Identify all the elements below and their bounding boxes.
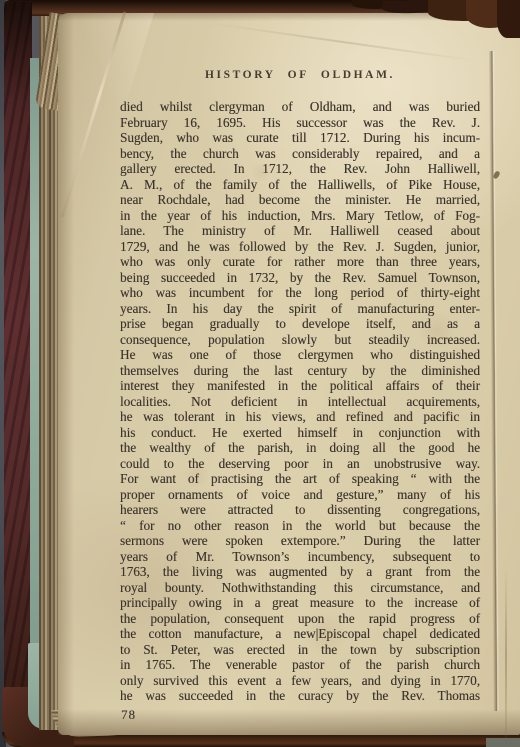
text-line: could to the deserving poor in an unobst… [120, 456, 480, 472]
text-line: consequence, population slowly but stead… [120, 332, 480, 348]
page-number: 78 [121, 707, 136, 723]
text-line: the cotton manufacture, a new|Episcopal … [120, 626, 480, 642]
book-page: HISTORY OF OLDHAM. died whilst clergyman… [58, 13, 520, 735]
page-fold-line-lower [505, 568, 507, 743]
text-line: principally owing in a great measure to … [120, 595, 480, 611]
text-line: died whilst clergyman of Oldham, and was… [120, 99, 480, 115]
text-line: themselves during the last century by th… [120, 363, 480, 379]
text-line: he was succeeded in the curacy by the Re… [120, 688, 480, 704]
text-line: lane. The ministry of Mr. Halliwell ceas… [120, 223, 480, 239]
text-line: near Rochdale, had become the minister. … [120, 192, 480, 208]
text-line: who was incumbent for the long period of… [120, 285, 480, 301]
scanned-book-photo: HISTORY OF OLDHAM. died whilst clergyman… [0, 0, 520, 747]
text-line: sermons were spoken extempore.” During t… [120, 533, 480, 549]
text-line: Sugden, who was curate till 1712. During… [120, 130, 480, 146]
text-line: royal bounty. Nothwithstanding this circ… [120, 580, 480, 596]
text-line: hearers were attracted to dissenting con… [120, 502, 480, 518]
background-bottom-right [486, 738, 520, 747]
text-line: to St. Peter, was erected in the town by… [120, 642, 480, 658]
body-text: died whilst clergyman of Oldham, and was… [120, 99, 480, 704]
leather-wear-blob [497, 0, 520, 38]
text-line: proper ornaments of voice and gesture,” … [120, 487, 480, 503]
text-line: A. M., of the family of the Halliwells, … [120, 177, 480, 193]
text-line: localities. Not deficient in intellectua… [120, 394, 480, 410]
text-line: only survived this event a few years, an… [120, 673, 480, 689]
text-line: his conduct. He exerted himself in conju… [120, 425, 480, 441]
text-line: 1729, and he was followed by the Rev. J.… [120, 239, 480, 255]
text-line: the wealthy of the parish, in doing all … [120, 440, 480, 456]
text-line: bency, the church was considerably repai… [120, 146, 480, 162]
text-line: years of Mr. Townson’s incumbency, subse… [120, 549, 480, 565]
text-line: February 16, 1695. His successor was the… [120, 115, 480, 131]
text-line: years. In his day the spirit of manufact… [120, 301, 480, 317]
text-line: 1763, the living was augmented by a gran… [120, 564, 480, 580]
text-line: being succeeded in 1732, by the Rev. Sam… [120, 270, 480, 286]
running-header: HISTORY OF OLDHAM. [120, 69, 480, 81]
text-line: he was tolerant in his views, and refine… [120, 409, 480, 425]
page-edge-stack [39, 16, 60, 730]
text-line: prise began gradually to develope itself… [120, 316, 480, 332]
text-line: He was one of those clergymen who distin… [120, 347, 480, 363]
text-line: interest they manifested in the politica… [120, 378, 480, 394]
text-line: who was only curate for rather more than… [120, 254, 480, 270]
text-line: the population, consequent upon the rapi… [120, 611, 480, 627]
book-cover-spine [4, 2, 32, 745]
text-line: in the year of his induction, Mrs. Mary … [120, 208, 480, 224]
text-line: in 1765. The venerable pastor of the par… [120, 657, 480, 673]
text-line: “ for no other reason in the world but b… [120, 518, 480, 534]
text-line: gallery erected. In 1712, the Rev. John … [120, 161, 480, 177]
text-line: For want of practising the art of speaki… [120, 471, 480, 487]
